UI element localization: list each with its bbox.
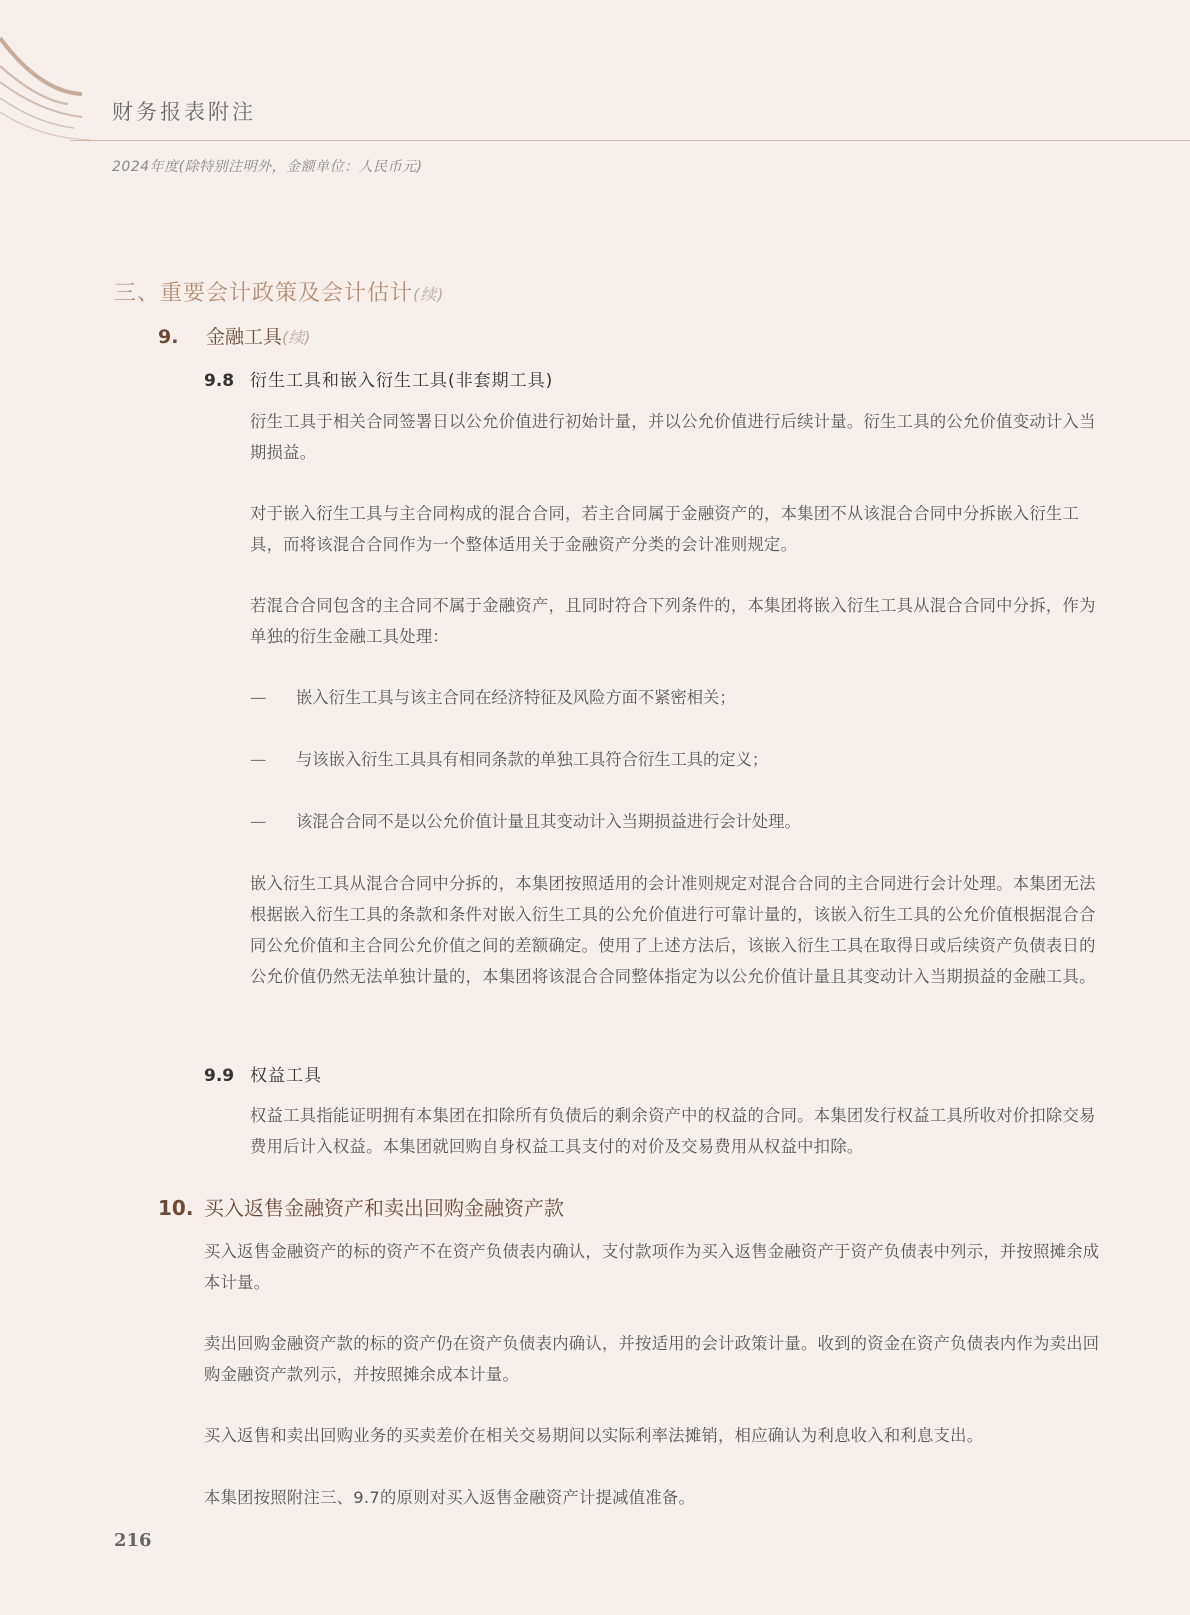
- item-9-8-title: 衍生工具和嵌入衍生工具(非套期工具): [250, 371, 553, 391]
- section-title: 三、重要会计政策及会计估计: [114, 281, 413, 306]
- list-item-text: 嵌入衍生工具与该主合同在经济特征及风险方面不紧密相关；: [296, 688, 736, 707]
- item-9-continued: (续): [282, 328, 311, 347]
- item-9-9-number: 9.9: [204, 1066, 250, 1086]
- item-9-heading: 9.金融工具(续): [158, 322, 311, 349]
- section-heading: 三、重要会计政策及会计估计(续): [114, 276, 445, 307]
- header-title: 财务报表附注: [112, 96, 256, 126]
- paragraph: 权益工具指能证明拥有本集团在扣除所有负债后的剩余资产中的权益的合同。本集团发行权…: [250, 1100, 1108, 1162]
- paragraph: 买入返售金融资产的标的资产不在资产负债表内确认，支付款项作为买入返售金融资产于资…: [204, 1236, 1108, 1298]
- list-item-text: 与该嵌入衍生工具具有相同条款的单独工具符合衍生工具的定义；: [296, 750, 768, 769]
- item-9-number: 9.: [158, 326, 206, 348]
- list-item: —与该嵌入衍生工具具有相同条款的单独工具符合衍生工具的定义；: [250, 744, 1108, 775]
- item-9-9-heading: 9.9权益工具: [204, 1061, 322, 1086]
- item-9-9-title: 权益工具: [250, 1066, 322, 1086]
- item-9-title: 金融工具: [206, 326, 282, 348]
- dash-bullet-icon: —: [250, 682, 296, 713]
- dash-bullet-icon: —: [250, 806, 296, 837]
- item-10-title: 买入返售金融资产和卖出回购金融资产款: [204, 1196, 564, 1220]
- list-item-text: 该混合合同不是以公允价值计量且其变动计入当期损益进行会计处理。: [296, 812, 801, 831]
- paragraph: 若混合合同包含的主合同不属于金融资产，且同时符合下列条件的，本集团将嵌入衍生工具…: [250, 590, 1108, 652]
- list-item: —该混合合同不是以公允价值计量且其变动计入当期损益进行会计处理。: [250, 806, 1108, 837]
- item-10-number: 10.: [158, 1196, 204, 1220]
- paragraph: 卖出回购金融资产款的标的资产仍在资产负债表内确认，并按适用的会计政策计量。收到的…: [204, 1328, 1108, 1390]
- paragraph: 嵌入衍生工具从混合合同中分拆的，本集团按照适用的会计准则规定对混合合同的主合同进…: [250, 868, 1108, 992]
- header-subtitle: 2024年度(除特别注明外，金额单位：人民币元): [112, 156, 423, 176]
- paragraph: 买入返售和卖出回购业务的买卖差价在相关交易期间以实际利率法摊销，相应确认为利息收…: [204, 1420, 1108, 1451]
- header-divider: [70, 140, 1190, 141]
- paragraph: 本集团按照附注三、9.7的原则对买入返售金融资产计提减值准备。: [204, 1482, 1108, 1513]
- item-9-8-heading: 9.8衍生工具和嵌入衍生工具(非套期工具): [204, 366, 553, 391]
- item-9-8-number: 9.8: [204, 371, 250, 391]
- item-10-heading: 10.买入返售金融资产和卖出回购金融资产款: [158, 1192, 564, 1221]
- decorative-arcs-icon: [0, 0, 260, 150]
- page-number: 216: [114, 1530, 152, 1551]
- section-continued: (续): [413, 285, 445, 304]
- list-item: —嵌入衍生工具与该主合同在经济特征及风险方面不紧密相关；: [250, 682, 1108, 713]
- paragraph: 对于嵌入衍生工具与主合同构成的混合合同，若主合同属于金融资产的，本集团不从该混合…: [250, 498, 1108, 560]
- dash-bullet-icon: —: [250, 744, 296, 775]
- paragraph: 衍生工具于相关合同签署日以公允价值进行初始计量，并以公允价值进行后续计量。衍生工…: [250, 406, 1108, 468]
